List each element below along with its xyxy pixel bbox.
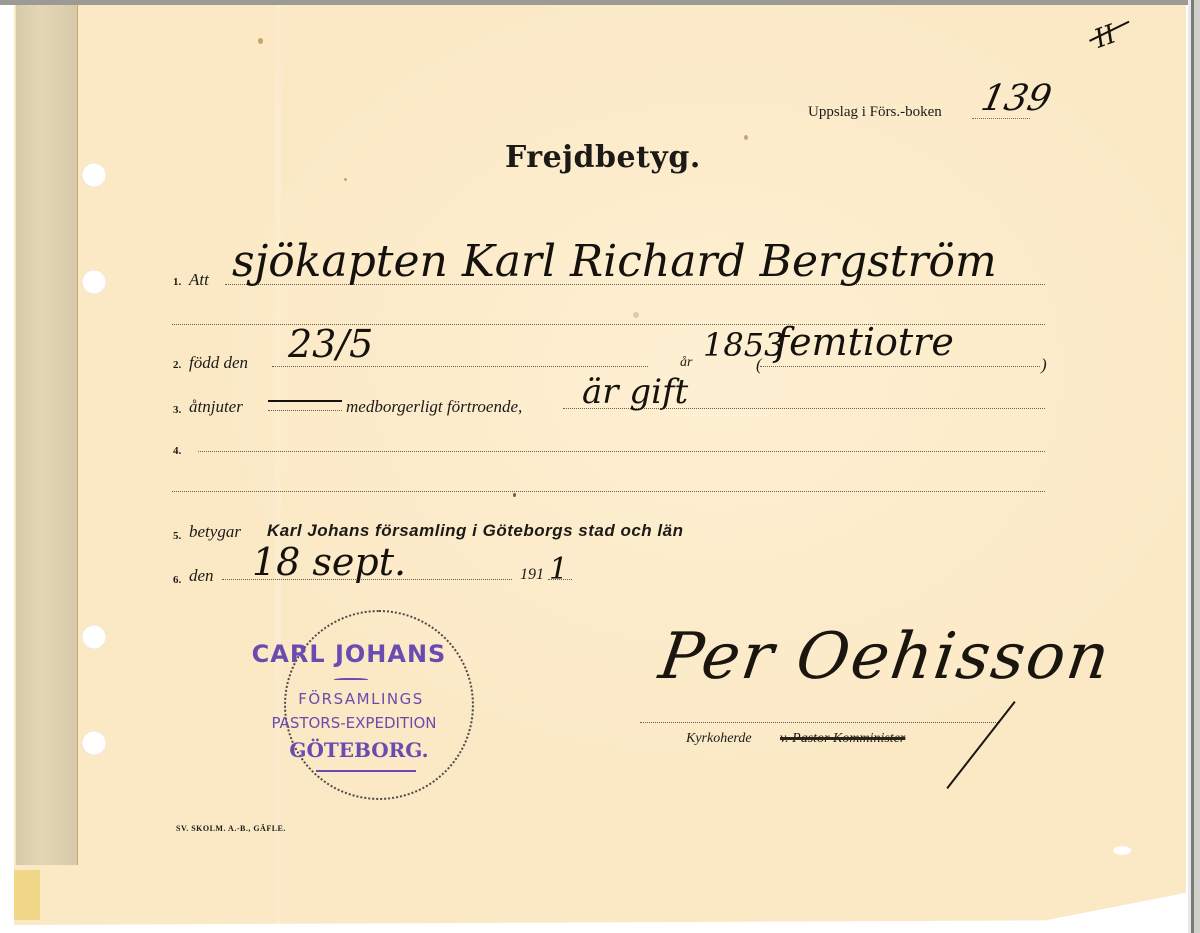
punch-hole — [82, 625, 106, 649]
field-6-year-printed: 191 — [520, 566, 544, 584]
scanner-frame-right — [1188, 0, 1200, 933]
field-2-number: 2. — [173, 359, 181, 371]
stamp-line-2: FÖRSAMLINGS — [276, 690, 446, 708]
field-2-label: född den — [189, 353, 248, 373]
punch-hole — [82, 163, 106, 187]
field-6-value: 18 sept. — [252, 540, 406, 584]
reference-label: Uppslag i Förs.-boken — [808, 104, 942, 121]
punch-hole — [82, 731, 106, 755]
stain — [633, 312, 639, 318]
field-5-value: Karl Johans församling i Göteborgs stad … — [267, 521, 683, 541]
field-4-line-2 — [172, 491, 1045, 492]
reference-number: 139 — [978, 78, 1055, 119]
field-2-value: 23/5 — [288, 322, 373, 366]
field-6-label: den — [189, 566, 214, 586]
field-6-year-line — [548, 579, 572, 580]
field-2-year-value: 1853 — [703, 326, 784, 364]
field-3-mid-label: medborgerligt förtroende, — [346, 397, 522, 417]
field-4-number: 4. — [173, 445, 181, 457]
stain — [344, 178, 347, 181]
field-2-day-line — [272, 366, 648, 367]
stamp-line-3: PASTORS-EXPEDITION — [244, 714, 464, 732]
field-3-number: 3. — [173, 404, 181, 416]
signer-title-struck: v. Pastor Komminister — [780, 731, 905, 747]
stamp-line-1: CARL JOHANS — [236, 640, 462, 668]
field-3-blank-line — [268, 410, 342, 411]
field-1-label: Att — [189, 270, 209, 290]
field-5-label: betygar — [189, 522, 241, 542]
field-2-year-label: år — [680, 355, 692, 371]
signature: Per Oehisson — [655, 620, 1116, 694]
signature-line — [640, 722, 1000, 723]
field-3-handwritten-dash — [268, 400, 342, 402]
paper-tear — [1113, 846, 1131, 855]
scanner-frame-top — [0, 0, 1200, 5]
signer-title: Kyrkoherde — [686, 731, 752, 747]
stain — [513, 493, 516, 497]
field-5-number: 5. — [173, 530, 181, 542]
field-2-close-paren: ) — [1041, 355, 1047, 375]
field-1-number: 1. — [173, 276, 181, 288]
field-2-year-line — [760, 366, 1040, 367]
stain — [744, 135, 748, 140]
stain — [258, 38, 263, 44]
binding-strip — [16, 5, 78, 865]
field-6-number: 6. — [173, 574, 181, 586]
stamp-ornament-icon — [334, 678, 368, 682]
field-3-value: är gift — [582, 372, 688, 412]
stamp-line-4: GÖTEBORG. — [274, 738, 444, 762]
parish-stamp: CARL JOHANS FÖRSAMLINGS PASTORS-EXPEDITI… — [236, 610, 462, 800]
binding-strip-end — [14, 870, 40, 920]
field-4-line — [198, 451, 1045, 452]
field-6-year-handwritten: 1 — [549, 552, 568, 587]
document-title: Frejdbetyg. — [505, 140, 701, 175]
printer-imprint: SV. SKOLM. A.-B., GÄFLE. — [176, 824, 286, 833]
field-1-value: sjökapten Karl Richard Bergström — [232, 236, 997, 287]
punch-hole — [82, 270, 106, 294]
field-2-open-paren: ( — [756, 355, 762, 375]
field-3-label: åtnjuter — [189, 397, 243, 417]
field-2-year-words: femtiotre — [775, 320, 954, 364]
stamp-underline — [316, 770, 416, 772]
